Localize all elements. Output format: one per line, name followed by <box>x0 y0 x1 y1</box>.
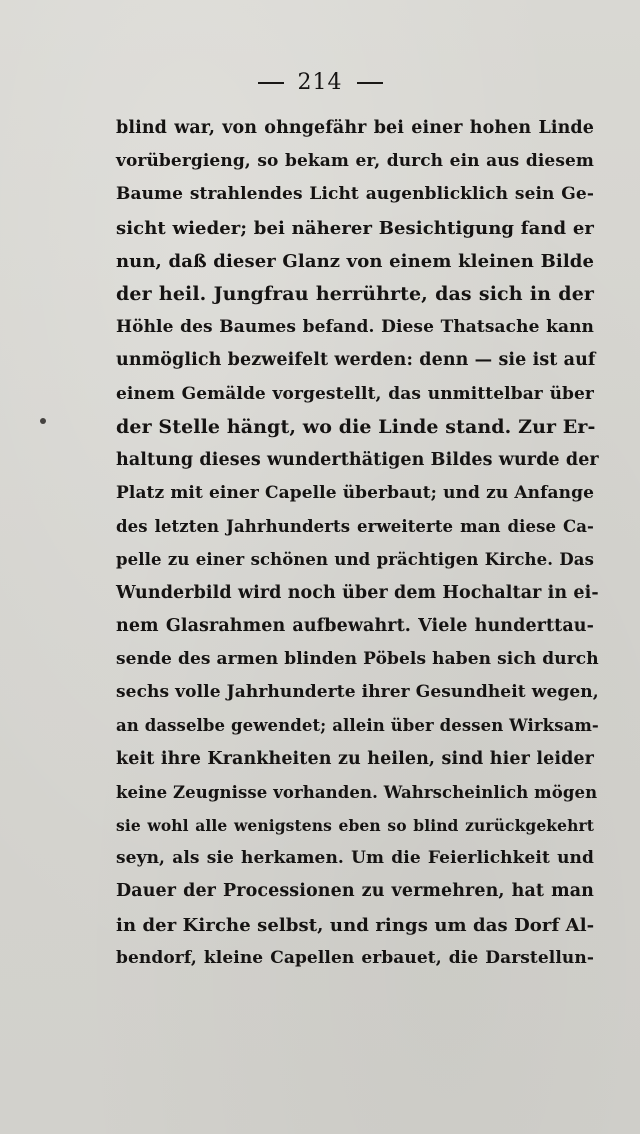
text-line: des letzten Jahrhunderts erweiterte man … <box>116 510 594 543</box>
text-line: sicht wieder; bei näherer Besichtigung f… <box>116 212 594 245</box>
text-line: pelle zu einer schönen und prächtigen Ki… <box>116 543 594 576</box>
text-line: sechs volle Jahrhunderte ihrer Gesundhei… <box>116 676 594 709</box>
ink-speck <box>40 418 46 424</box>
text-line: blind war, von ohngefähr bei einer hohen… <box>116 112 594 145</box>
page-header: 214 <box>0 70 640 95</box>
text-line: Höhle des Baumes befand. Diese Thatsache… <box>116 311 594 344</box>
text-line: Platz mit einer Capelle überbaut; und zu… <box>116 477 594 510</box>
header-dash-right <box>357 82 383 84</box>
book-page: 214 blind war, von ohngefähr bei einer h… <box>0 0 640 1134</box>
text-line: Dauer der Processionen zu vermehren, hat… <box>116 875 594 908</box>
text-line: seyn, als sie herkamen. Um die Feierlich… <box>116 842 594 875</box>
text-line: an dasselbe gewendet; allein über dessen… <box>116 709 594 742</box>
text-line: bendorf, kleine Capellen erbauet, die Da… <box>116 942 594 975</box>
text-line: vorübergieng, so bekam er, durch ein aus… <box>116 145 594 178</box>
text-line: unmöglich bezweifelt werden: denn — sie … <box>116 344 594 377</box>
header-dash-left <box>258 82 284 84</box>
page-number: 214 <box>298 70 343 95</box>
text-line: keine Zeugnisse vorhanden. Wahrscheinlic… <box>116 776 594 809</box>
text-line: keit ihre Krankheiten zu heilen, sind hi… <box>116 743 594 776</box>
text-line: Baume strahlendes Licht augenblicklich s… <box>116 178 594 211</box>
text-line: einem Gemälde vorgestellt, das unmittelb… <box>116 378 594 411</box>
body-text: blind war, von ohngefähr bei einer hohen… <box>116 112 594 975</box>
text-line: in der Kirche selbst, und rings um das D… <box>116 909 594 942</box>
text-line: der Stelle hängt, wo die Linde stand. Zu… <box>116 411 594 444</box>
text-line: Wunderbild wird noch über dem Hochaltar … <box>116 577 594 610</box>
text-line: sende des armen blinden Pöbels haben sic… <box>116 643 594 676</box>
text-line: nem Glasrahmen aufbewahrt. Viele hundert… <box>116 610 594 643</box>
text-line: haltung dieses wunderthätigen Bildes wur… <box>116 444 594 477</box>
text-line: nun, daß dieser Glanz von einem kleinen … <box>116 245 594 278</box>
text-line: sie wohl alle wenigstens eben so blind z… <box>116 809 594 842</box>
text-line: der heil. Jungfrau herrührte, das sich i… <box>116 278 594 311</box>
